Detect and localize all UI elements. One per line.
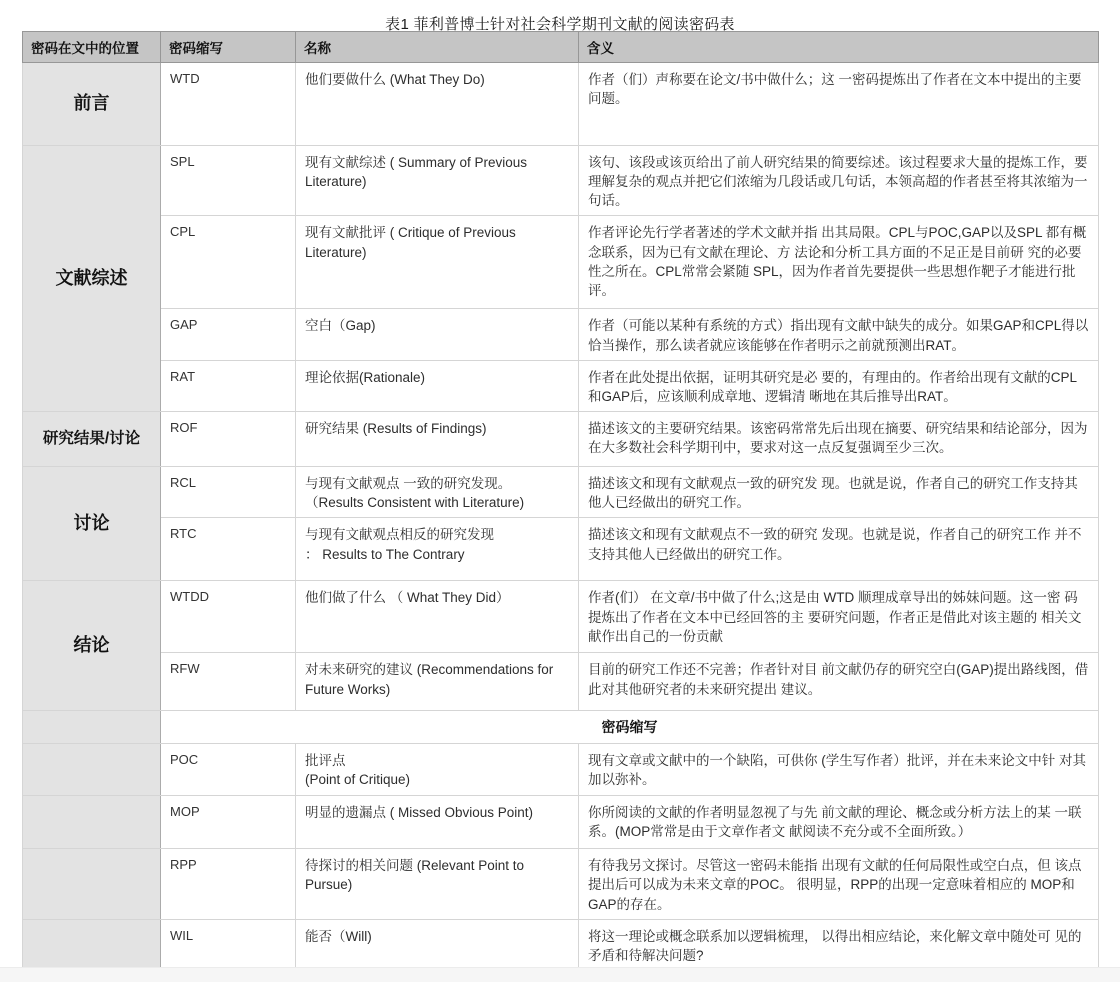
table-row: RFW 对未来研究的建议 (Recommendations for Future…	[23, 653, 1099, 711]
table-row: RPP 待探讨的相关问题 (Relevant Point to Pursue) …	[23, 849, 1099, 919]
code-meaning-cell: 作者（们）声称要在论文/书中做什么；这 一密码提炼出了作者在文本中提出的主要问题…	[579, 63, 1099, 146]
code-meaning-cell: 作者(们） 在文章/书中做了什么;这是由 WTD 顺理成章导出的姊妹问题。这一密…	[579, 581, 1099, 653]
empty-position-cell	[23, 711, 161, 744]
header-name: 名称	[296, 32, 579, 63]
empty-position-cell	[23, 849, 161, 919]
table-row: GAP 空白（Gap) 作者（可能以某种有系统的方式）指出现有文献中缺失的成分。…	[23, 309, 1099, 360]
table-row: RAT 理论依据(Rationale) 作者在此处提出依据，证明其研究是必 要的…	[23, 360, 1099, 411]
table-row: 结论 WTDD 他们做了什么 （ What They Did） 作者(们） 在文…	[23, 581, 1099, 653]
code-meaning-cell: 有待我另文探讨。尽管这一密码未能指 出现有文献的任何局限性或空白点，但 该点提出…	[579, 849, 1099, 919]
code-abbr-cell: WIL	[161, 919, 296, 974]
code-name-cell: 研究结果 (Results of Findings)	[296, 412, 579, 467]
code-abbr-cell: ROF	[161, 412, 296, 467]
code-name-cell: 待探讨的相关问题 (Relevant Point to Pursue)	[296, 849, 579, 919]
code-abbr-cell: RCL	[161, 467, 296, 518]
header-row: 密码在文中的位置 密码缩写 名称 含义	[23, 32, 1099, 63]
code-meaning-cell: 作者（可能以某种有系统的方式）指出现有文献中缺失的成分。如果GAP和CPL得以恰…	[579, 309, 1099, 360]
document-page: 表1 菲利普博士针对社会科学期刊文献的阅读密码表 密码在文中的位置 密码缩写 名…	[0, 0, 1120, 982]
table-row: 文献综述 SPL 现有文献综述 ( Summary of Previous Li…	[23, 146, 1099, 216]
code-name-cell: 批评点 (Point of Critique)	[296, 744, 579, 796]
table-row: CPL 现有文献批评 ( Critique of Previous Litera…	[23, 216, 1099, 309]
code-abbr-cell: WTDD	[161, 581, 296, 653]
code-abbr-cell: RTC	[161, 518, 296, 581]
separator-label-cell: 密码缩写	[161, 711, 1099, 744]
code-name-cell: 与现有文献观点 一致的研究发现。 （Results Consistent wit…	[296, 467, 579, 518]
table-row: 研究结果/讨论 ROF 研究结果 (Results of Findings) 描…	[23, 412, 1099, 467]
code-name-cell: 现有文献批评 ( Critique of Previous Literature…	[296, 216, 579, 309]
section-label-cell: 结论	[23, 581, 161, 711]
code-name-cell: 明显的遗漏点 ( Missed Obvious Point)	[296, 796, 579, 849]
code-abbr-cell: CPL	[161, 216, 296, 309]
code-name-cell: 与现有文献观点相反的研究发现 ： Results to The Contrary	[296, 518, 579, 581]
table-row: POC 批评点 (Point of Critique) 现有文章或文献中的一个缺…	[23, 744, 1099, 796]
code-meaning-cell: 现有文章或文献中的一个缺陷，可供你 (学生写作者）批评，并在未来论文中针 对其加…	[579, 744, 1099, 796]
section-label-cell: 前言	[23, 63, 161, 146]
table-row: RTC 与现有文献观点相反的研究发现 ： Results to The Cont…	[23, 518, 1099, 581]
code-abbr-cell: MOP	[161, 796, 296, 849]
code-meaning-cell: 将这一理论或概念联系加以逻辑梳理， 以得出相应结论，来化解文章中随处可 见的矛盾…	[579, 919, 1099, 974]
separator-row: 密码缩写	[23, 711, 1099, 744]
code-meaning-cell: 你所阅读的文献的作者明显忽视了与先 前文献的理论、概念或分析方法上的某 一联系。…	[579, 796, 1099, 849]
table-row: WIL 能否（Will) 将这一理论或概念联系加以逻辑梳理， 以得出相应结论，来…	[23, 919, 1099, 974]
empty-position-cell	[23, 796, 161, 849]
table-row: MOP 明显的遗漏点 ( Missed Obvious Point) 你所阅读的…	[23, 796, 1099, 849]
code-meaning-cell: 该句、该段或该页给出了前人研究结果的简要综述。该过程要求大量的提炼工作，要理解复…	[579, 146, 1099, 216]
code-meaning-cell: 作者评论先行学者著述的学术文献并指 出其局限。CPL与POC,GAP以及SPL …	[579, 216, 1099, 309]
section-label-cell: 讨论	[23, 467, 161, 581]
page-bottom-edge	[0, 967, 1120, 982]
code-meaning-cell: 目前的研究工作还不完善；作者针对目 前文献仍存的研究空白(GAP)提出路线图，借…	[579, 653, 1099, 711]
code-name-cell: 能否（Will)	[296, 919, 579, 974]
code-abbr-cell: RFW	[161, 653, 296, 711]
code-name-cell: 对未来研究的建议 (Recommendations for Future Wor…	[296, 653, 579, 711]
table-row: 前言 WTD 他们要做什么 (What They Do) 作者（们）声称要在论文…	[23, 63, 1099, 146]
code-abbr-cell: GAP	[161, 309, 296, 360]
code-abbr-cell: RAT	[161, 360, 296, 411]
code-meaning-cell: 描述该文和现有文献观点一致的研究发 现。也就是说，作者自己的研究工作支持其他人已…	[579, 467, 1099, 518]
empty-position-cell	[23, 744, 161, 796]
empty-position-cell	[23, 919, 161, 974]
code-name-cell: 理论依据(Rationale)	[296, 360, 579, 411]
header-meaning: 含义	[579, 32, 1099, 63]
reading-codes-table: 密码在文中的位置 密码缩写 名称 含义 前言 WTD 他们要做什么 (What …	[22, 31, 1099, 975]
code-name-cell: 现有文献综述 ( Summary of Previous Literature)	[296, 146, 579, 216]
code-abbr-cell: SPL	[161, 146, 296, 216]
code-name-cell: 空白（Gap)	[296, 309, 579, 360]
header-abbr: 密码缩写	[161, 32, 296, 63]
code-abbr-cell: WTD	[161, 63, 296, 146]
section-label-cell: 文献综述	[23, 146, 161, 412]
section-label-cell: 研究结果/讨论	[23, 412, 161, 467]
code-name-cell: 他们做了什么 （ What They Did）	[296, 581, 579, 653]
page-title: 表1 菲利普博士针对社会科学期刊文献的阅读密码表	[0, 0, 1120, 31]
code-abbr-cell: POC	[161, 744, 296, 796]
code-meaning-cell: 作者在此处提出依据，证明其研究是必 要的，有理由的。作者给出现有文献的CPL和G…	[579, 360, 1099, 411]
code-abbr-cell: RPP	[161, 849, 296, 919]
header-position: 密码在文中的位置	[23, 32, 161, 63]
code-name-cell: 他们要做什么 (What They Do)	[296, 63, 579, 146]
code-meaning-cell: 描述该文和现有文献观点不一致的研究 发现。也就是说，作者自己的研究工作 并不支持…	[579, 518, 1099, 581]
table-row: 讨论 RCL 与现有文献观点 一致的研究发现。 （Results Consist…	[23, 467, 1099, 518]
code-meaning-cell: 描述该文的主要研究结果。该密码常常先后出现在摘要、研究结果和结论部分，因为在大多…	[579, 412, 1099, 467]
